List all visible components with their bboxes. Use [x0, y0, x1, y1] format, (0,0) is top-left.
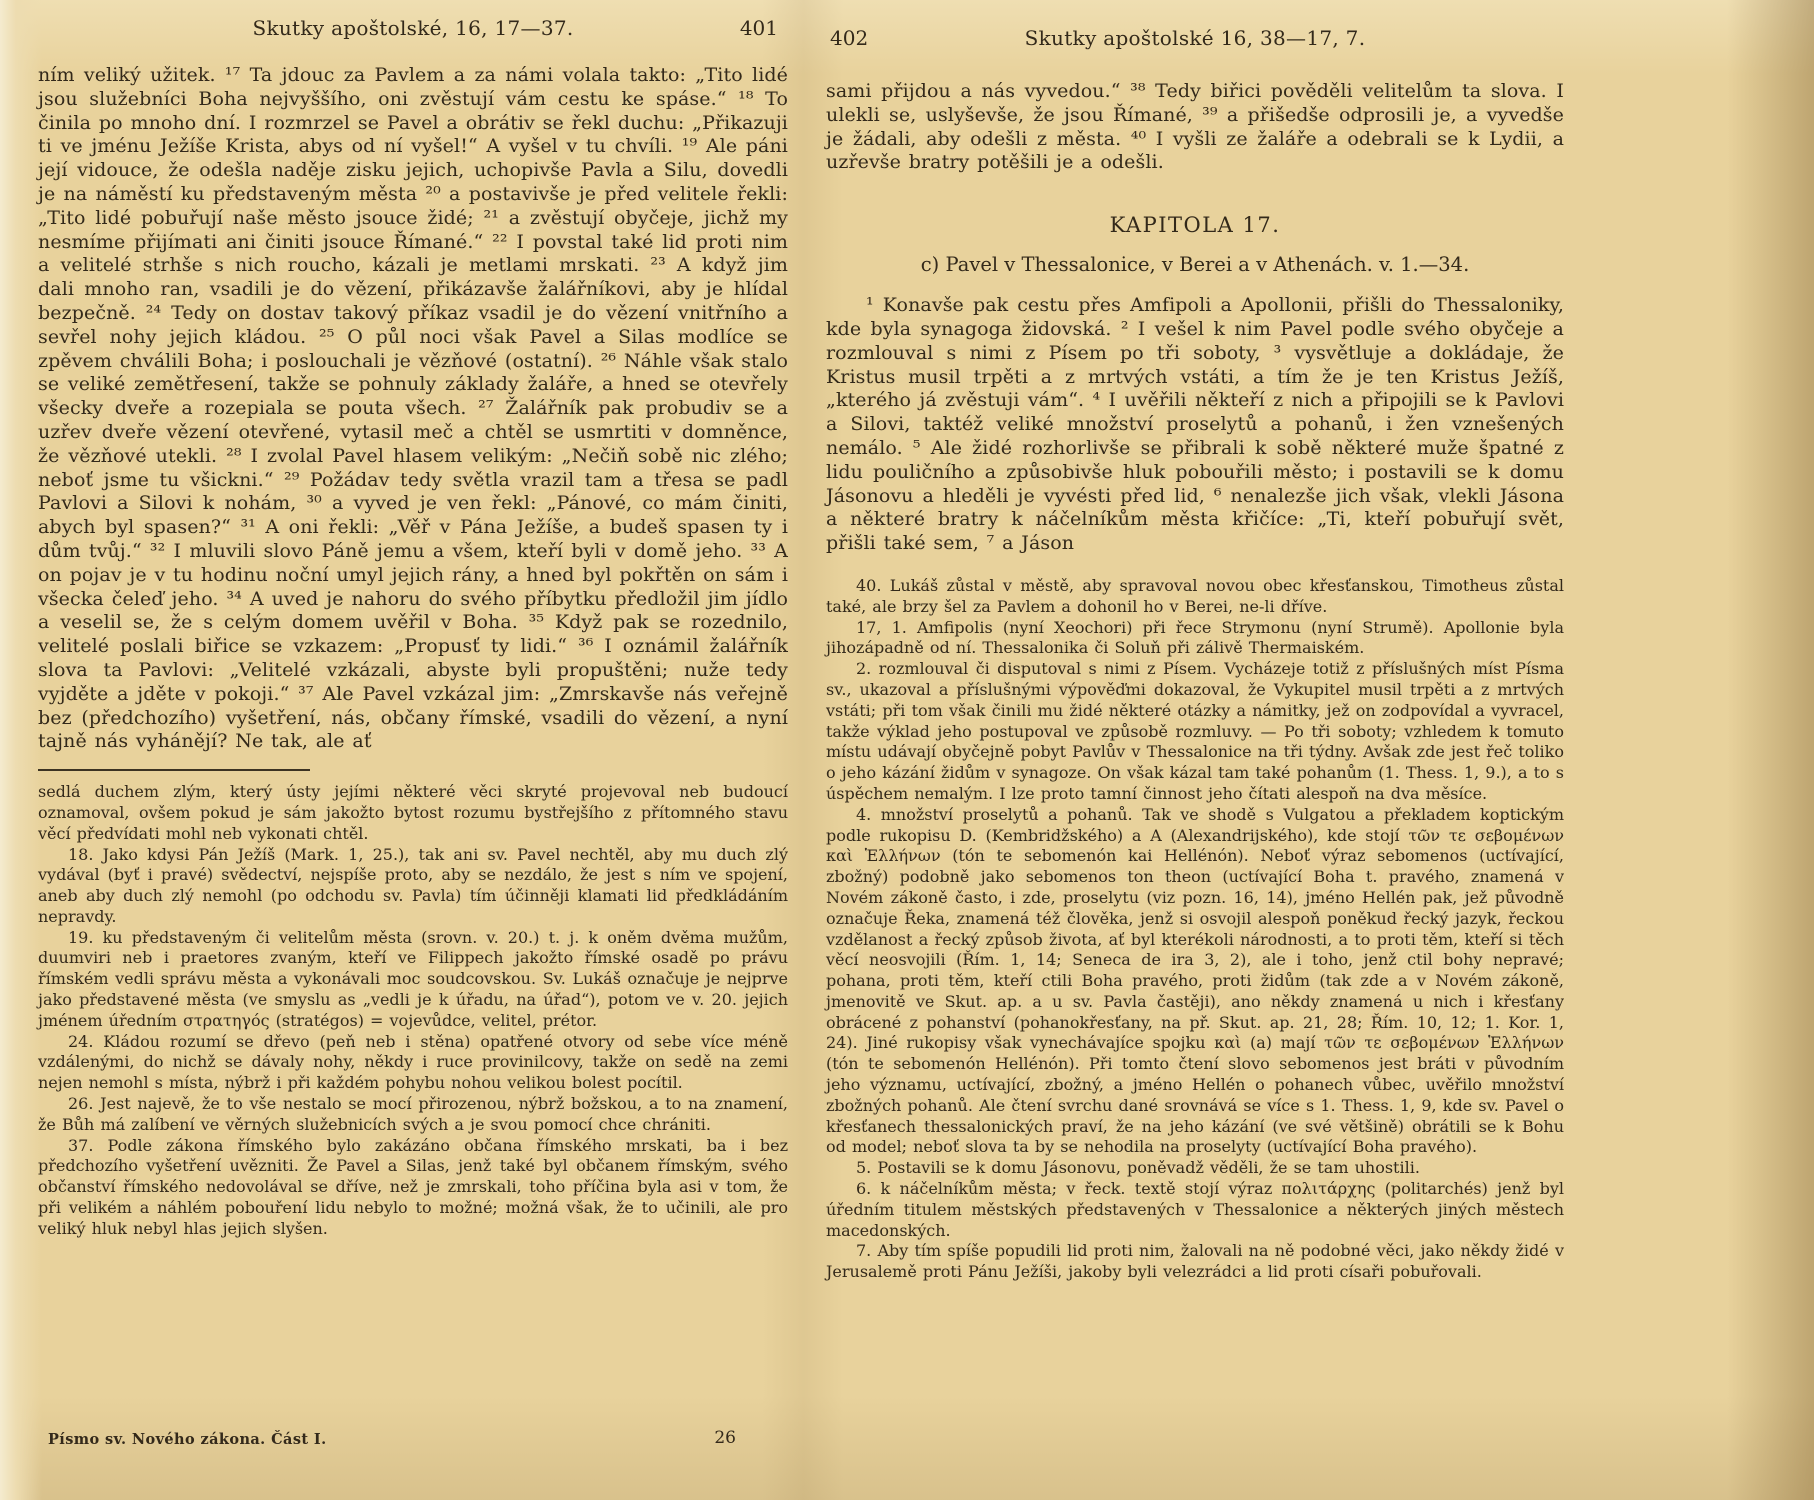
- chapter-heading: KAPITOLA 17.: [826, 213, 1564, 237]
- footnote-item: 40. Lukáš zůstal v městě, aby spravoval …: [826, 576, 1564, 618]
- left-page-number: 401: [740, 16, 778, 40]
- right-body-text-verses-38-40: sami přijdou a nás vyvedou.“ ³⁸ Tedy biř…: [826, 80, 1564, 175]
- left-header-title: Skutky apoštolské, 16, 17—37.: [38, 16, 788, 40]
- right-page: Skutky apoštolské 16, 38—17, 7. 402 sami…: [826, 26, 1564, 1486]
- right-footnotes: 40. Lukáš zůstal v městě, aby spravoval …: [826, 576, 1564, 1283]
- footnote-separator: [38, 769, 310, 771]
- footnote-item: 17, 1. Amfipolis (nyní Xeochori) při řec…: [826, 618, 1564, 660]
- imprint: Písmo sv. Nového zákona. Část I.: [48, 1431, 327, 1448]
- left-page-footer: Písmo sv. Nového zákona. Část I. 26: [38, 1428, 788, 1452]
- left-running-header: Skutky apoštolské, 16, 17—37. 401: [38, 16, 788, 42]
- right-header-title: Skutky apoštolské 16, 38—17, 7.: [826, 26, 1564, 50]
- footnote-item: 4. množství proselytů a pohanů. Tak ve s…: [826, 805, 1564, 1159]
- left-page: Skutky apoštolské, 16, 17—37. 401 ním ve…: [38, 16, 788, 1476]
- right-running-header: Skutky apoštolské 16, 38—17, 7. 402: [826, 26, 1564, 52]
- footnote-item: 37. Podle zákona římského bylo zakázáno …: [38, 1136, 788, 1240]
- footnote-item: 26. Jest najevě, že to vše nestalo se mo…: [38, 1094, 788, 1136]
- sheet-signature: 26: [714, 1428, 736, 1448]
- section-subtitle: c) Pavel v Thessalonice, v Berei a v Ath…: [826, 253, 1564, 276]
- right-page-number: 402: [830, 26, 868, 50]
- left-body-text: ním veliký užitek. ¹⁷ Ta jdouc za Pavlem…: [38, 64, 788, 754]
- footnote-item: 18. Jako kdysi Pán Ježíš (Mark. 1, 25.),…: [38, 845, 788, 928]
- footnote-item: 7. Aby tím spíše popudili lid proti nim,…: [826, 1241, 1564, 1283]
- book-scan: { "book": { "left_page": { "header_title…: [0, 0, 1814, 1500]
- right-body-text-chapter-17: ¹ Konavše pak cestu přes Amfipoli a Apol…: [826, 294, 1564, 556]
- left-footnotes: 18. Jako kdysi Pán Ježíš (Mark. 1, 25.),…: [38, 845, 788, 1240]
- footnote-item: 6. k náčelníkům města; v řeck. textě sto…: [826, 1179, 1564, 1241]
- footnote-item: 5. Postavili se k domu Jásonovu, poněvad…: [826, 1158, 1564, 1179]
- footnote-item: 19. ku představeným či velitelům města (…: [38, 928, 788, 1032]
- footnote-item: 2. rozmlouval či disputoval s nimi z Pís…: [826, 659, 1564, 805]
- left-footnote-continuation: sedlá duchem zlým, který ústy jejími něk…: [38, 782, 788, 844]
- footnote-item: 24. Kládou rozumí se dřevo (peň neb i st…: [38, 1032, 788, 1094]
